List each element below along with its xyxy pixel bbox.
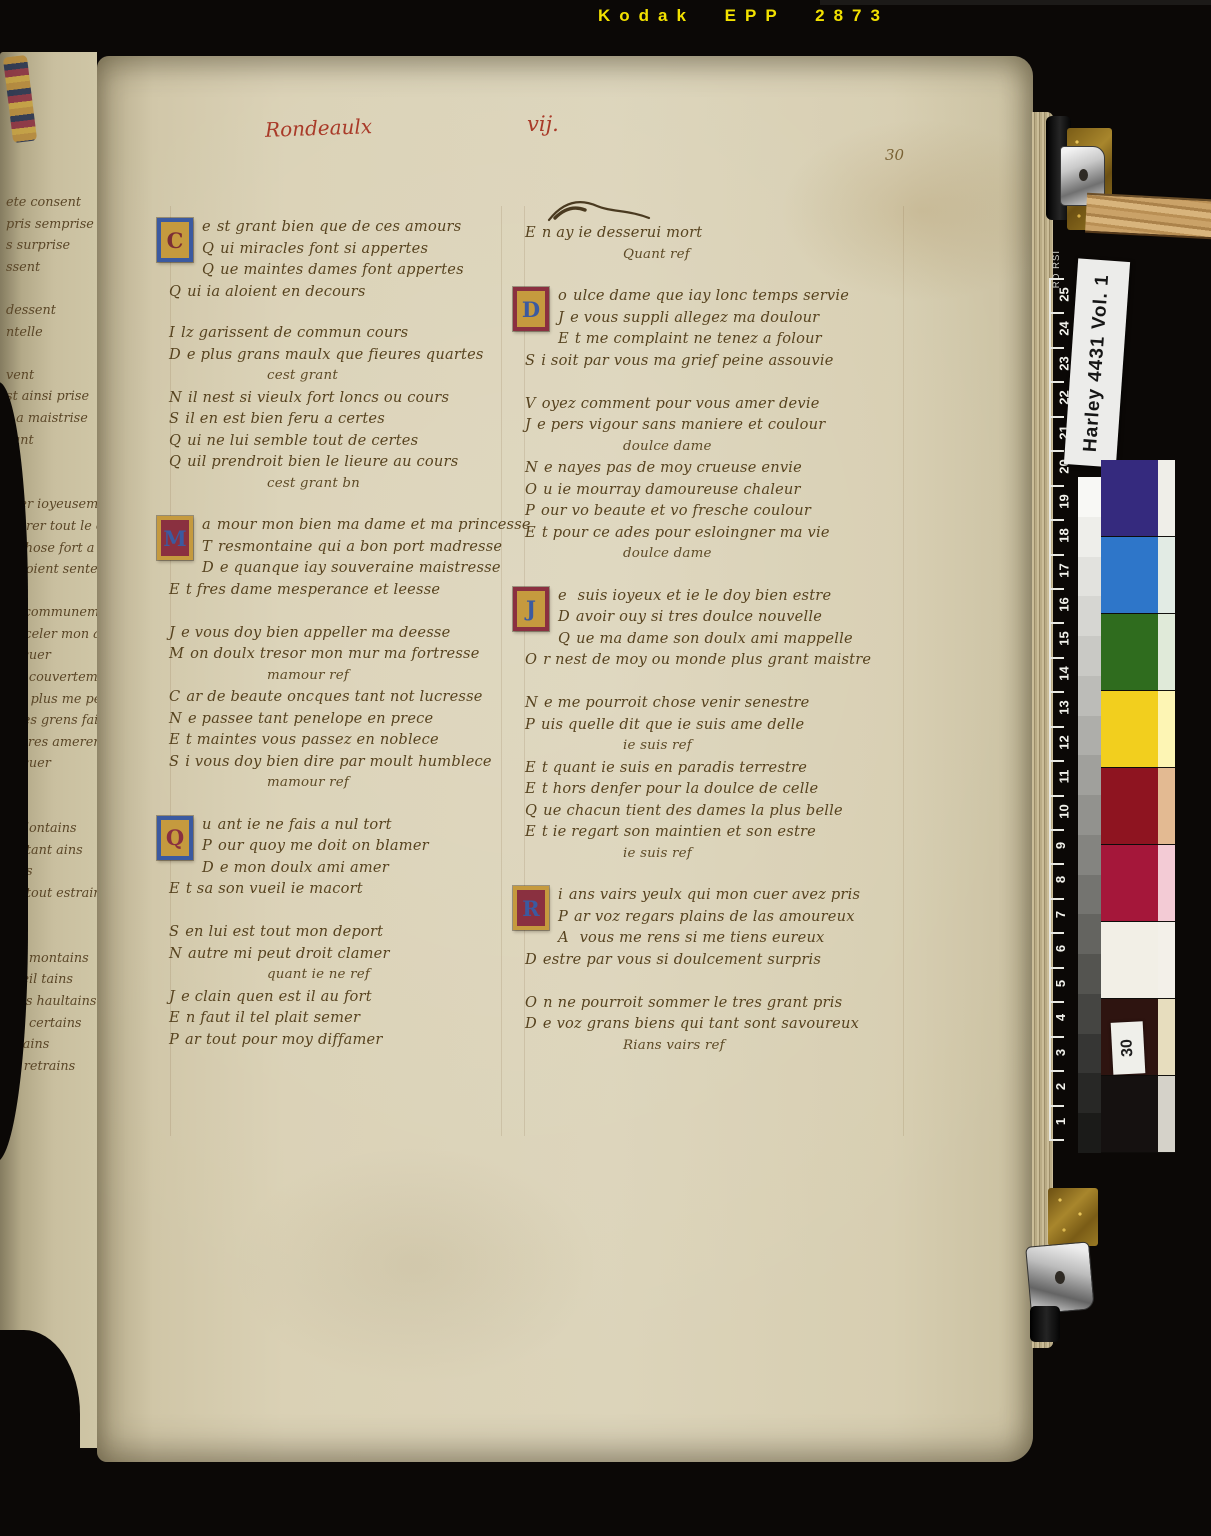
color-patch [1101,537,1158,614]
verse-line: Quil prendroit bien le lieure au cours [169,451,519,473]
verse-line: Nil nest si vieulx fort loncs ou cours [169,387,519,409]
color-patch [1101,460,1158,537]
initial-ground: M [161,520,189,556]
gray-step [1078,716,1101,756]
stanza: Cest grant bien que de ces amoursQui mir… [169,216,519,302]
fragment-line: ntelle [6,322,98,344]
color-patch [1101,768,1158,845]
verse-line: Tresmontaine qui a bon port madresse [169,536,519,558]
verse-line: oulce dame que iay lonc temps servie [525,285,909,307]
stanza: Doulce dame que iay lonc temps servieJe … [525,285,909,565]
initial-ground: Q [161,820,189,856]
verse-line: uant ie ne fais a nul tort [169,814,519,836]
wooden-stick [1085,193,1211,240]
fragment-line: dessent [6,300,98,322]
gray-step [1078,1073,1101,1113]
ruler-number: 10 [1057,804,1072,818]
fragment-line: st ainsi prise [6,386,98,408]
refrain-line: doulce dame [623,436,909,458]
refrain-line: mamour ref [267,665,519,687]
initial-letter: C [167,230,184,251]
verse-line: Or nest de moy ou monde plus grant maist… [525,649,909,671]
verse-line: Ne nayes pas de moy crueuse envie [525,457,909,479]
fragment-line: vent [6,365,98,387]
ruler-number: 6 [1053,945,1068,952]
ruler-number: 9 [1053,842,1068,849]
color-patch [1101,691,1158,768]
ruler-number: 17 [1057,563,1072,577]
ruler-number: 18 [1057,528,1072,542]
fragment-line: sant [6,430,98,452]
ruler-number: 4 [1053,1014,1068,1021]
color-patch [1101,922,1158,999]
ruler-end-tick [1049,1139,1064,1141]
verse-line: Et maintes vous passez en noblece [169,729,519,751]
ruler-number: 2 [1053,1083,1068,1090]
gilt-binding-bottom [1048,1188,1098,1246]
verse-line: Et hors denfer pour la doulce de celle [525,778,909,800]
verse-line: Ne me pourroit chose venir senestre [525,692,909,714]
facing-page-edge: ete consentpris semprises surprisessentd… [0,52,97,1448]
verse-line: Davoir ouy si tres doulce nouvelle [525,606,909,628]
illuminated-initial: M [157,516,193,560]
illuminated-initial: C [157,218,193,262]
ruler-number: 8 [1053,876,1068,883]
ruler-number: 5 [1053,980,1068,987]
ruler-number: 25 [1057,287,1072,301]
verse-line: Par voz regars plains de las amoureux [525,906,909,928]
verse-line: Si vous doy bien dire par moult humblece [169,751,519,773]
pale-patch [1158,614,1175,691]
gray-step [1078,596,1101,636]
ruler-number: 1 [1053,1117,1068,1124]
verse-line: Qui miracles font si appertes [169,238,519,260]
rubric-number: vij. [527,112,559,136]
folio-number: 30 [885,146,904,164]
refrain-line: ie suis ref [623,735,909,757]
refrain-line: Quant ref [623,244,909,266]
initial-letter: D [522,299,540,320]
gray-step [1078,477,1101,517]
ruler-number: 16 [1057,597,1072,611]
initial-letter: R [522,898,539,919]
pale-patch [1158,1076,1175,1153]
gray-step [1078,835,1101,875]
film-frame-edge [820,0,1211,5]
verse-line: Sen lui est tout mon deport [169,921,519,943]
fragment-line: pris semprise [6,214,98,236]
verse-line: En faut il tel plait semer [169,1007,519,1029]
fragment-line: ssent [6,257,98,279]
verse-line: A vous me rens si me tiens eureux [525,927,909,949]
pale-patch [1158,999,1175,1076]
verse-line: Et ie regart son maintien et son estre [525,821,909,843]
initial-ground: C [161,222,189,258]
pale-patch [1158,922,1175,999]
ruler-number: 24 [1057,322,1072,336]
ruler-number: 23 [1057,356,1072,370]
verse-line: En ay ie desserui mort [525,222,909,244]
pale-patch [1158,691,1175,768]
refrain-line: cest grant [267,365,519,387]
ruler-number: 13 [1057,701,1072,715]
verse-line: Et me complaint ne tenez a folour [525,328,909,350]
stanza-gap [169,600,519,622]
fragment-blank [6,343,98,365]
stanza: Je suis ioyeux et ie le doy bien estreDa… [525,585,909,865]
clasp-bottom [1025,1241,1095,1314]
verse-line: Qui ne lui semble tout de certes [169,430,519,452]
stanza: Quant ie ne fais a nul tortPour quoy me … [169,814,519,1051]
gray-step [1078,914,1101,954]
verse-line: Ilz garissent de commun cours [169,322,519,344]
gray-step [1078,755,1101,795]
text-column-right: En ay ie desserui mortQuant refDoulce da… [525,222,909,1076]
folio-sticker: 30 [1111,1021,1146,1075]
fragment-line: r a maistrise [6,408,98,430]
verse-line: Et quant ie suis en paradis terrestre [525,757,909,779]
pale-patch-strip [1158,460,1175,1153]
fragment-line: s surprise [6,235,98,257]
initial-letter: J [526,598,536,619]
gray-step [1078,517,1101,557]
pale-patch [1158,768,1175,845]
manuscript-page: Rondeaulx vij. 30 Cest grant bien que de… [97,56,1033,1462]
refrain-line: ie suis ref [623,843,909,865]
stanza-gap [525,970,909,992]
pale-patch [1158,537,1175,614]
gray-step [1078,875,1101,915]
text-column-left: Cest grant bien que de ces amoursQui mir… [169,216,519,1070]
refrain-line: doulce dame [623,543,909,565]
verse-line: Que ma dame son doulx ami mappelle [525,628,909,650]
gray-step [1078,795,1101,835]
initial-letter: Q [166,827,184,848]
refrain-line: quant ie ne ref [267,964,519,986]
ruler-number: 15 [1057,632,1072,646]
initial-ground: J [517,591,545,627]
gutter-shadow-bottom [0,1330,80,1450]
verse-line: Voyez comment pour vous amer devie [525,393,909,415]
illuminated-initial: D [513,287,549,331]
verse-line: On ne pourroit sommer le tres grant pris [525,992,909,1014]
stanza: En ay ie desserui mortQuant ref [525,222,909,265]
gray-step [1078,1034,1101,1074]
verse-line: De quanque iay souveraine maistresse [169,557,519,579]
verse-line: Pour vo beaute et vo fresche coulour [525,500,909,522]
illuminated-initial: R [513,886,549,930]
verse-line: Pour quoy me doit on blamer [169,835,519,857]
verse-line: Je vous suppli allegez ma doulour [525,307,909,329]
verse-line: amour mon bien ma dame et ma princesse [169,514,519,536]
verse-line: Car de beaute oncques tant not lucresse [169,686,519,708]
stanza-gap [169,900,519,922]
verse-line: Destre par vous si doulcement surpris [525,949,909,971]
refrain-line: mamour ref [267,772,519,794]
ruler-number: 14 [1057,666,1072,680]
verse-line: Si soit par vous ma grief peine assouvie [525,350,909,372]
stanza-gap [525,371,909,393]
verse-line: ians vairs yeulx qui mon cuer avez pris [525,884,909,906]
verse-line: De mon doulx ami amer [169,857,519,879]
verse-line: Et pour ce ades pour esloingner ma vie [525,522,909,544]
verse-line: Sil en est bien feru a certes [169,408,519,430]
verse-line: De plus grans maulx que fieures quartes [169,344,519,366]
ruler-number: 3 [1053,1049,1068,1056]
color-patch [1101,1076,1158,1153]
verse-line: Qui ia aloient en decours [169,281,519,303]
verse-line: Puis quelle dit que ie suis ame delle [525,714,909,736]
folio-sticker-text: 30 [1119,1039,1138,1058]
illuminated-initial: J [513,587,549,631]
stanza: Rians vairs yeulx qui mon cuer avez pris… [525,884,909,1056]
refrain-line: cest grant bn [267,473,519,495]
stanza: Ilz garissent de commun coursDe plus gra… [169,322,519,494]
gray-step [1078,994,1101,1034]
fragment-line: ete consent [6,192,98,214]
verse-line: est grant bien que de ces amours [169,216,519,238]
color-patch [1101,845,1158,922]
illuminated-initial: Q [157,816,193,860]
verse-line: Je vous doy bien appeller ma deesse [169,622,519,644]
stanza-gap [525,671,909,693]
initial-ground: D [517,291,545,327]
grayscale-strip [1078,477,1101,1153]
stanza: Mamour mon bien ma dame et ma princesseT… [169,514,519,794]
gray-step [1078,1113,1101,1153]
ruler-number: 11 [1056,770,1071,784]
clasp-strap-bottom [1030,1306,1060,1342]
verse-line: Nautre mi peut droit clamer [169,943,519,965]
verse-line: Et sa son vueil ie macort [169,878,519,900]
rubric-title: Rondeaulx [265,114,373,142]
refrain-line: Rians vairs ref [623,1035,909,1057]
ruler-number: 12 [1057,735,1072,749]
pale-patch [1158,845,1175,922]
initial-letter: M [163,528,186,549]
pale-patch [1158,460,1175,537]
verse-line: Que chacun tient des dames la plus belle [525,800,909,822]
gray-step [1078,557,1101,597]
fragment-blank [6,278,98,300]
color-patch [1101,614,1158,691]
ruler-number: 19 [1057,494,1072,508]
gray-step [1078,636,1101,676]
gray-step [1078,954,1101,994]
verse-line: Ne passee tant penelope en prece [169,708,519,730]
gray-step [1078,676,1101,716]
ruler-number: 7 [1053,911,1068,918]
verse-line: e suis ioyeux et ie le doy bien estre [525,585,909,607]
initial-ground: R [517,890,545,926]
verse-line: Je pers vigour sans maniere et coulour [525,414,909,436]
verse-line: Je clain quen est il au fort [169,986,519,1008]
film-stock-label: Kodak EPP 2873 [598,6,889,26]
shelfmark-text: Harley 4431 Vol. 1 [1080,273,1114,452]
verse-line: Ou ie mourray damoureuse chaleur [525,479,909,501]
verse-line: Mon doulx tresor mon mur ma fortresse [169,643,519,665]
verse-line: Et fres dame mesperance et leesse [169,579,519,601]
verse-line: Que maintes dames font appertes [169,259,519,281]
verse-line: Par tout pour moy diffamer [169,1029,519,1051]
verse-line: De voz grans biens qui tant sont savoure… [525,1013,909,1035]
